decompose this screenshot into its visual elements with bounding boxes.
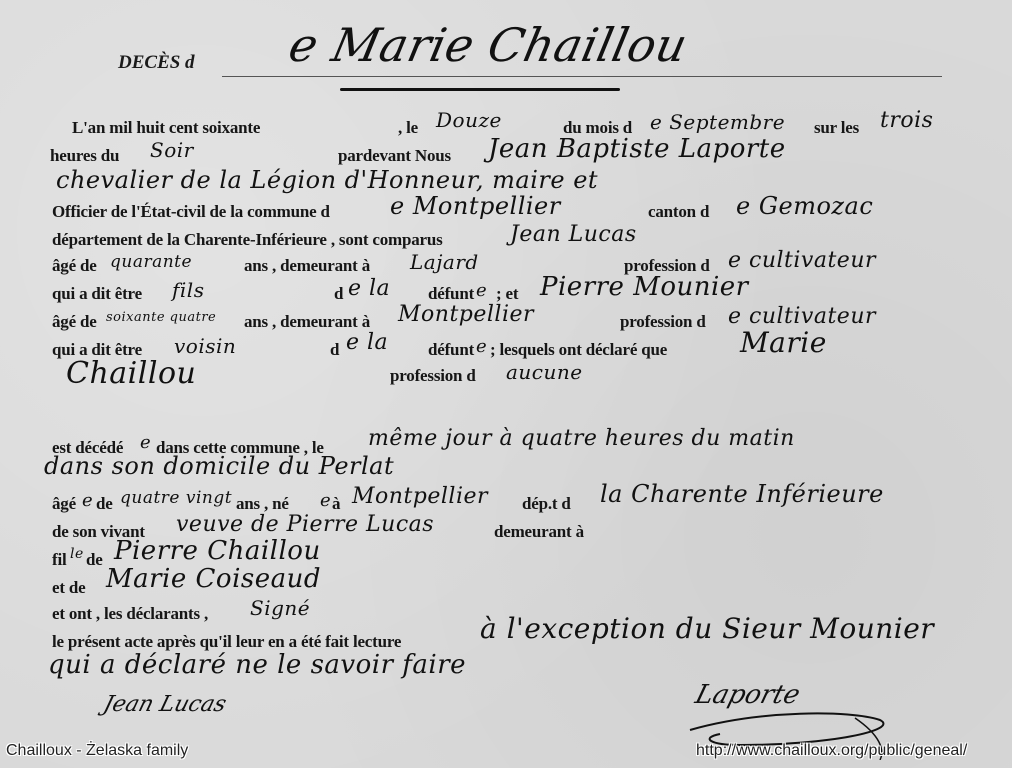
printed-text: département de la Charente-Inférieure , … <box>52 230 443 250</box>
record-title-printed: DECÈS d <box>118 52 195 74</box>
printed-text: âgé de <box>52 312 97 332</box>
handwritten-text: Signé <box>250 596 310 620</box>
printed-text: d <box>334 284 343 304</box>
printed-text: de <box>86 550 103 570</box>
handwritten-text: qui a déclaré ne le savoir faire <box>48 650 466 680</box>
handwritten-text: e <box>140 432 151 453</box>
printed-text: à <box>332 494 340 514</box>
handwritten-text: e la <box>348 276 390 301</box>
printed-text: d <box>330 340 339 360</box>
printed-text: Officier de l'État-civil de la commune d <box>52 202 330 222</box>
printed-text: ; et <box>496 284 518 304</box>
handwritten-text: e <box>476 280 487 301</box>
handwritten-text: dans son domicile du Perlat <box>44 452 394 480</box>
handwritten-text: quarante <box>110 252 192 272</box>
handwritten-text: e Septembre <box>650 110 785 134</box>
printed-text: âgé de <box>52 256 97 276</box>
printed-text: demeurant à <box>494 522 584 542</box>
handwritten-text: chevalier de la Légion d'Honneur, maire … <box>56 166 598 194</box>
printed-text: défunt <box>428 284 474 304</box>
printed-text: et ont , les déclarants , <box>52 604 208 624</box>
printed-text: profession d <box>390 366 476 386</box>
handwritten-text: e cultivateur <box>728 248 876 273</box>
handwritten-text: le <box>70 546 84 562</box>
handwritten-text: à l'exception du Sieur Mounier <box>480 612 934 645</box>
printed-text: heures du <box>50 146 119 166</box>
handwritten-text: aucune <box>506 360 583 384</box>
title-thick-rule <box>340 88 620 91</box>
handwritten-text: Montpellier <box>398 302 534 327</box>
handwritten-text: Pierre Chaillou <box>114 536 321 566</box>
printed-text: pardevant Nous <box>338 146 451 166</box>
printed-text: âgé <box>52 494 76 514</box>
printed-text: défunt <box>428 340 474 360</box>
handwritten-text: e Gemozac <box>736 192 873 220</box>
handwritten-text: e <box>82 490 93 511</box>
handwritten-text: e <box>476 336 487 357</box>
handwritten-text: Pierre Mounier <box>540 272 749 302</box>
printed-text: canton d <box>648 202 709 222</box>
handwritten-text: e <box>320 490 331 511</box>
handwritten-text: Chaillou <box>66 356 196 391</box>
handwritten-text: quatre vingt <box>120 488 232 508</box>
handwritten-text: Montpellier <box>352 484 488 509</box>
printed-text: ans , demeurant à <box>244 256 370 276</box>
handwritten-text: Douze <box>436 108 502 132</box>
death-record-page: DECÈS d e Marie Chaillou L'an mil huit c… <box>0 0 1012 768</box>
printed-text: L'an mil huit cent soixante <box>72 118 260 138</box>
record-title-name: e Marie Chaillou <box>284 18 692 72</box>
printed-text: sur les <box>814 118 859 138</box>
printed-text: de <box>96 494 113 514</box>
title-underline <box>222 76 942 77</box>
handwritten-text: Lajard <box>410 250 479 274</box>
handwritten-text: soixante quatre <box>106 310 216 325</box>
handwritten-text: la Charente Inférieure <box>600 480 884 508</box>
printed-text: ; lesquels ont déclaré que <box>490 340 667 360</box>
printed-text: ans , demeurant à <box>244 312 370 332</box>
printed-text: ans , né <box>236 494 289 514</box>
handwritten-text: e Montpellier <box>390 192 561 220</box>
handwritten-text: même jour à quatre heures du matin <box>368 426 795 451</box>
handwritten-text: veuve de Pierre Lucas <box>176 512 434 537</box>
handwritten-text: Soir <box>150 138 194 162</box>
handwritten-text: e la <box>346 330 388 355</box>
printed-text: fil <box>52 550 67 570</box>
handwritten-text: voisin <box>174 334 236 358</box>
printed-text: le présent acte après qu'il leur en a ét… <box>52 632 401 652</box>
handwritten-text: Marie Coiseaud <box>106 564 321 594</box>
handwritten-text: fils <box>172 278 204 302</box>
watermark-url: http://www.chailloux.org/public/geneal/ <box>696 742 967 760</box>
watermark-family: Chailloux - Żelaska family <box>6 742 188 760</box>
printed-text: et de <box>52 578 85 598</box>
handwritten-text: Jean Lucas <box>510 222 637 247</box>
handwritten-text: trois <box>880 108 933 133</box>
printed-text: dép.t d <box>522 494 571 514</box>
handwritten-text: Jean Baptiste Laporte <box>488 134 786 164</box>
signature-jean-lucas: Jean Lucas <box>101 692 229 717</box>
printed-text: qui a dit être <box>52 284 142 304</box>
printed-text: , le <box>398 118 418 138</box>
handwritten-text: Marie <box>740 326 827 359</box>
printed-text: profession d <box>620 312 706 332</box>
